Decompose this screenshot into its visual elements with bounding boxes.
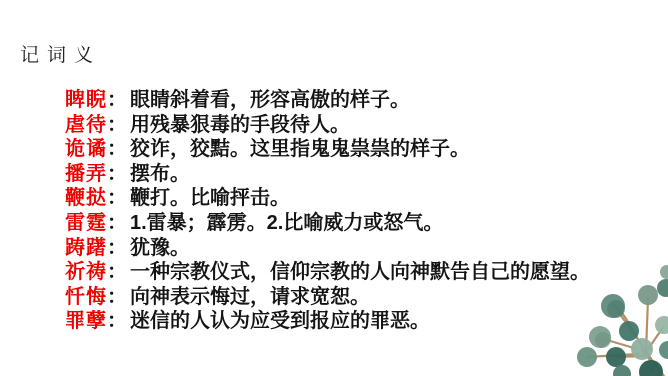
definition-text: 鞭打。比喻抨击。 [127,187,290,209]
definition-text: 狡诈，狡黠。这里指鬼鬼祟祟的样子。 [127,138,470,160]
definition-row: 忏悔：向神表示悔过，请求宽恕。 [65,285,590,310]
definition-row: 罪孽：迷信的人认为应受到报应的罪恶。 [65,309,590,334]
definition-text: 向神表示悔过，请求宽恕。 [127,286,370,308]
term-text: 踌躇 [65,237,107,259]
term-text: 罪孽 [65,310,107,332]
definition-row: 诡谲：狡诈，狡黠。这里指鬼鬼祟祟的样子。 [65,137,590,162]
colon-separator: ： [107,212,127,234]
slide-canvas: 记词义 睥睨：眼睛斜着看，形容高傲的样子。 虐待：用残暴狠毒的手段待人。 诡谲：… [0,0,668,376]
eucalyptus-leaves [577,265,668,376]
definition-row: 祈祷：一种宗教仪式，信仰宗教的人向神默告自己的愿望。 [65,260,590,285]
term-text: 虐待 [65,114,107,136]
definition-text: 犹豫。 [127,237,190,259]
definition-text: 摆布。 [127,163,190,185]
term-text: 雷霆 [65,212,107,234]
definition-text: 眼睛斜着看，形容高傲的样子。 [127,89,410,111]
term-text: 祈祷 [65,261,107,283]
colon-separator: ： [107,114,127,136]
colon-separator: ： [107,310,127,332]
definition-text: 1.雷暴；霹雳。2.比喻威力或怒气。 [127,212,443,234]
definition-row: 睥睨：眼睛斜着看，形容高傲的样子。 [65,88,590,113]
definition-text: 迷信的人认为应受到报应的罪恶。 [127,310,430,332]
term-text: 鞭挞 [65,187,107,209]
colon-separator: ： [107,237,127,259]
definition-text: 用残暴狠毒的手段待人。 [127,114,350,136]
definition-row: 虐待：用残暴狠毒的手段待人。 [65,113,590,138]
colon-separator: ： [107,89,127,111]
definition-text: 一种宗教仪式，信仰宗教的人向神默告自己的愿望。 [127,261,590,283]
colon-separator: ： [107,138,127,160]
definition-row: 雷霆：1.雷暴；霹雳。2.比喻威力或怒气。 [65,211,590,236]
definition-row: 播弄：摆布。 [65,162,590,187]
definitions-list: 睥睨：眼睛斜着看，形容高傲的样子。 虐待：用残暴狠毒的手段待人。 诡谲：狡诈，狡… [65,88,590,334]
colon-separator: ： [107,163,127,185]
term-text: 忏悔 [65,286,107,308]
page-title: 记词义 [20,40,101,67]
colon-separator: ： [107,261,127,283]
definition-row: 踌躇：犹豫。 [65,236,590,261]
colon-separator: ： [107,286,127,308]
definition-row: 鞭挞：鞭打。比喻抨击。 [65,186,590,211]
term-text: 诡谲 [65,138,107,160]
term-text: 睥睨 [65,89,107,111]
colon-separator: ： [107,187,127,209]
term-text: 播弄 [65,163,107,185]
branch-stem [587,298,664,376]
